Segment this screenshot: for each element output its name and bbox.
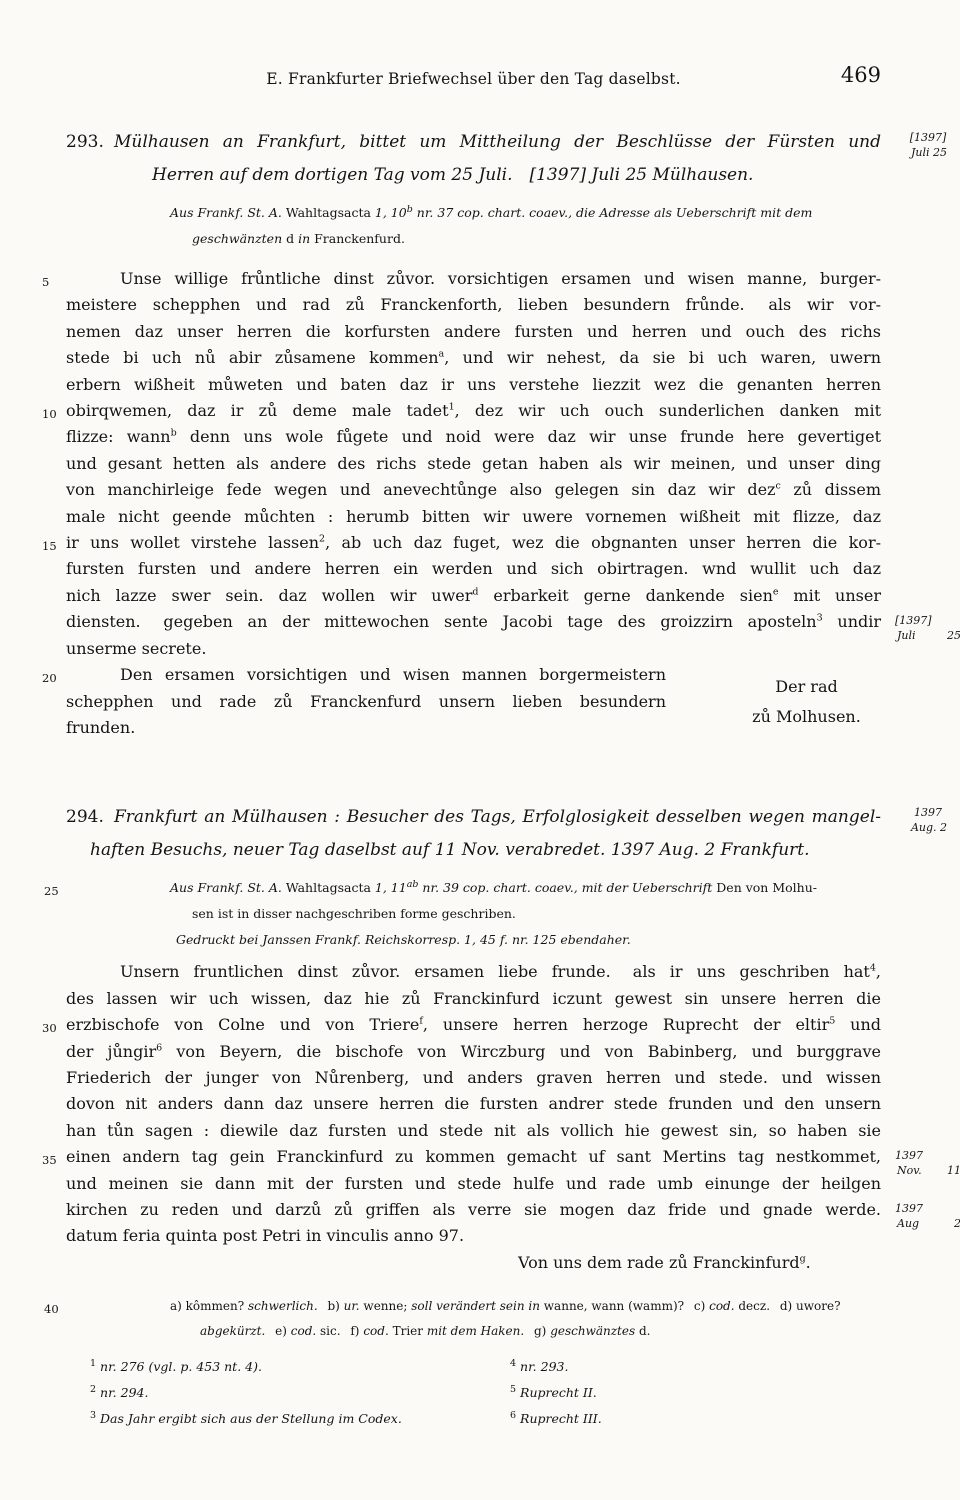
text-line: nemen daz unser herren die korfursten an…: [66, 319, 881, 345]
entry-294-margin-aug: 1397 Aug 2: [895, 1201, 960, 1231]
line-number-30: 30: [42, 1015, 57, 1041]
source-line: Gedruckt bei Janssen Frankf. Reichskorre…: [176, 927, 881, 953]
running-header: E. Frankfurter Briefwechsel über den Tag…: [66, 70, 881, 102]
source-line: Aus Frankf. St. A. Wahltagsacta 1, 10b n…: [170, 200, 881, 226]
line-text: a) kômmen? schwerlich. b) ur. wenne; sol…: [170, 1299, 841, 1313]
margin-year: [1397]: [895, 613, 960, 628]
text-line: Friederich der junger von Nůrenberg, und…: [66, 1065, 881, 1091]
running-title: E. Frankfurter Briefwechsel über den Tag…: [66, 70, 881, 88]
footnote: 1 nr. 276 (vgl. p. 453 nt. 4).: [90, 1354, 510, 1380]
line-text: Den ersamen vorsichtigen und wisen manne…: [120, 665, 666, 684]
footnote: 4 nr. 293.: [510, 1354, 881, 1380]
text-line: kirchen zu reden und darzů zů griffen al…: [66, 1197, 881, 1223]
text-line: 15 ir uns wollet virstehe lassen2, ab uc…: [66, 530, 881, 556]
signature-line: Der rad: [714, 672, 899, 702]
footnotes: 1 nr. 276 (vgl. p. 453 nt. 4). 2 nr. 294…: [90, 1354, 881, 1432]
text-line: 35 einen andern tag gein Franckinfurd zu…: [66, 1144, 881, 1170]
line-text: erzbischofe von Colne und von Trieref, u…: [66, 1015, 881, 1034]
line-number-15: 15: [42, 533, 57, 559]
text-line: han tůn sagen : diewile daz fursten und …: [66, 1118, 881, 1144]
entry-294-letter: Unsern fruntlichen dinst zůvor. ersamen …: [66, 959, 881, 1276]
entry-294-source-note: 25 Aus Frankf. St. A. Wahltagsacta 1, 11…: [170, 875, 881, 953]
entry-293-signature: Der rad zů Molhusen.: [714, 672, 899, 732]
line-number-35: 35: [42, 1147, 57, 1173]
footnote: 5 Ruprecht II.: [510, 1380, 881, 1406]
entry-294-margin-date: 1397 Aug. 2: [895, 805, 960, 835]
entry-293-source-note: Aus Frankf. St. A. Wahltagsacta 1, 10b n…: [170, 200, 881, 252]
entry-294-heading: 294. Frankfurt an Mülhausen : Besucher d…: [66, 801, 881, 867]
text-line: meistere schepphen und rad zů Franckenfo…: [66, 292, 881, 318]
text-line: des lassen wir uch wissen, daz hie zů Fr…: [66, 986, 881, 1012]
entry-293-title: Mülhausen an Frankfurt, bittet um Mitthe…: [114, 126, 881, 192]
line-text: einen andern tag gein Franckinfurd zu ko…: [66, 1147, 881, 1166]
entry-294-title-line1: Frankfurt an Mülhausen : Besucher des Ta…: [114, 801, 881, 834]
text-line: male nicht geende můchten : herumb bitte…: [66, 504, 881, 530]
text-line: 5 Unse willige frůntliche dinst zůvor. v…: [66, 266, 881, 292]
source-line: geschwänzten d in Franckenfurd.: [192, 226, 881, 252]
footnote: 6 Ruprecht III.: [510, 1406, 881, 1432]
document-page: E. Frankfurter Briefwechsel über den Tag…: [0, 0, 960, 1500]
entry-293-heading: 293. Mülhausen an Frankfurt, bittet um M…: [66, 126, 881, 192]
line-text: kirchen zu reden und darzů zů griffen al…: [66, 1200, 881, 1219]
text-line: diensten. gegeben an der mittewochen sen…: [66, 609, 881, 635]
text-line: schepphen und rade zů Franckenfurd unser…: [66, 689, 666, 715]
text-line: der jůngir6 von Beyern, die bischofe von…: [66, 1039, 881, 1065]
variant-line: abgekürzt. e) cod. sic. f) cod. Trier mi…: [200, 1319, 881, 1344]
line-number-20: 20: [42, 665, 57, 691]
text-line: 30 erzbischofe von Colne und von Trieref…: [66, 1012, 881, 1038]
footnotes-left-column: 1 nr. 276 (vgl. p. 453 nt. 4). 2 nr. 294…: [90, 1354, 510, 1432]
line-number-40: 40: [44, 1297, 59, 1322]
entry-293-title-line2: Herren auf dem dortigen Tag vom 25 Juli.…: [114, 159, 881, 192]
variant-notes: 40 a) kômmen? schwerlich. b) ur. wenne; …: [170, 1294, 881, 1344]
source-line: 25 Aus Frankf. St. A. Wahltagsacta 1, 11…: [170, 875, 881, 901]
text-line: fursten fursten und andere herren ein we…: [66, 556, 881, 582]
margin-day: Aug. 2: [895, 820, 960, 835]
text-column: E. Frankfurter Briefwechsel über den Tag…: [66, 0, 881, 1432]
text-line: Unsern fruntlichen dinst zůvor. ersamen …: [66, 959, 881, 985]
footnotes-right-column: 4 nr. 293. 5 Ruprecht II. 6 Ruprecht III…: [510, 1354, 881, 1432]
margin-day: Nov. 11: [895, 1163, 960, 1178]
text-line: dovon nit anders dann daz unsere herren …: [66, 1091, 881, 1117]
text-line: von manchirleige fede wegen und anevecht…: [66, 477, 881, 503]
margin-day: Juli 25: [895, 145, 960, 160]
line-text: ir uns wollet virstehe lassen2, ab uch d…: [66, 533, 881, 552]
line-text: obirqwemen, daz ir zů deme male tadet1, …: [66, 401, 881, 420]
text-line: flizze: wannb denn uns wole fůgete und n…: [66, 424, 881, 450]
text-line: und gesant hetten als andere des richs s…: [66, 451, 881, 477]
text-line: erbern wißheit můweten und baten daz ir …: [66, 372, 881, 398]
text-line: frunden.: [66, 715, 666, 741]
line-text: Unse willige frůntliche dinst zůvor. vor…: [120, 269, 881, 288]
line-text: Aus Frankf. St. A. Wahltagsacta 1, 11ab …: [170, 880, 817, 895]
entry-293-letter: 5 Unse willige frůntliche dinst zůvor. v…: [66, 266, 881, 741]
source-line: sen ist in disser nachgeschriben forme g…: [192, 901, 881, 927]
margin-year: [1397]: [895, 130, 960, 145]
text-line: unserme secrete.: [66, 636, 881, 662]
footnote: 3 Das Jahr ergibt sich aus der Stellung …: [90, 1406, 510, 1432]
text-line: datum feria quinta post Petri in vinculi…: [66, 1223, 881, 1249]
margin-year: 1397: [895, 1148, 960, 1163]
page-number: 469: [841, 63, 881, 87]
text-line: nich lazze swer sein. daz wollen wir uwe…: [66, 583, 881, 609]
margin-year: 1397: [895, 805, 960, 820]
entry-293-margin-date-2: [1397] Juli 25: [895, 613, 960, 643]
entry-293-title-line1: Mülhausen an Frankfurt, bittet um Mitthe…: [114, 126, 881, 159]
text-line: und meinen sie dann mit der fursten und …: [66, 1171, 881, 1197]
entry-294-margin-nov: 1397 Nov. 11: [895, 1148, 960, 1178]
line-text: diensten. gegeben an der mittewochen sen…: [66, 612, 881, 631]
margin-day: Aug 2: [895, 1216, 960, 1231]
entry-294-title: Frankfurt an Mülhausen : Besucher des Ta…: [114, 801, 881, 867]
signature-line: zů Molhusen.: [714, 702, 899, 732]
entry-293-margin-date: [1397] Juli 25: [895, 130, 960, 160]
entry-293-number: 293.: [66, 126, 114, 192]
footnote: 2 nr. 294.: [90, 1380, 510, 1406]
text-line: stede bi uch nů abir zůsamene kommena, u…: [66, 345, 881, 371]
entry-294-signoff: Von uns dem rade zů Franckinfurdg.: [66, 1250, 881, 1276]
line-number-25: 25: [44, 878, 59, 904]
text-line: 20 Den ersamen vorsichtigen und wisen ma…: [66, 662, 666, 688]
line-number-5: 5: [42, 269, 49, 295]
line-number-10: 10: [42, 401, 57, 427]
entry-294-title-line2: haften Besuchs, neuer Tag daselbst auf 1…: [90, 834, 881, 867]
margin-day: Juli 25: [895, 628, 960, 643]
variant-line: 40 a) kômmen? schwerlich. b) ur. wenne; …: [170, 1294, 881, 1319]
entry-293-closing: 20 Den ersamen vorsichtigen und wisen ma…: [66, 662, 881, 741]
margin-year: 1397: [895, 1201, 960, 1216]
text-line: 10 obirqwemen, daz ir zů deme male tadet…: [66, 398, 881, 424]
